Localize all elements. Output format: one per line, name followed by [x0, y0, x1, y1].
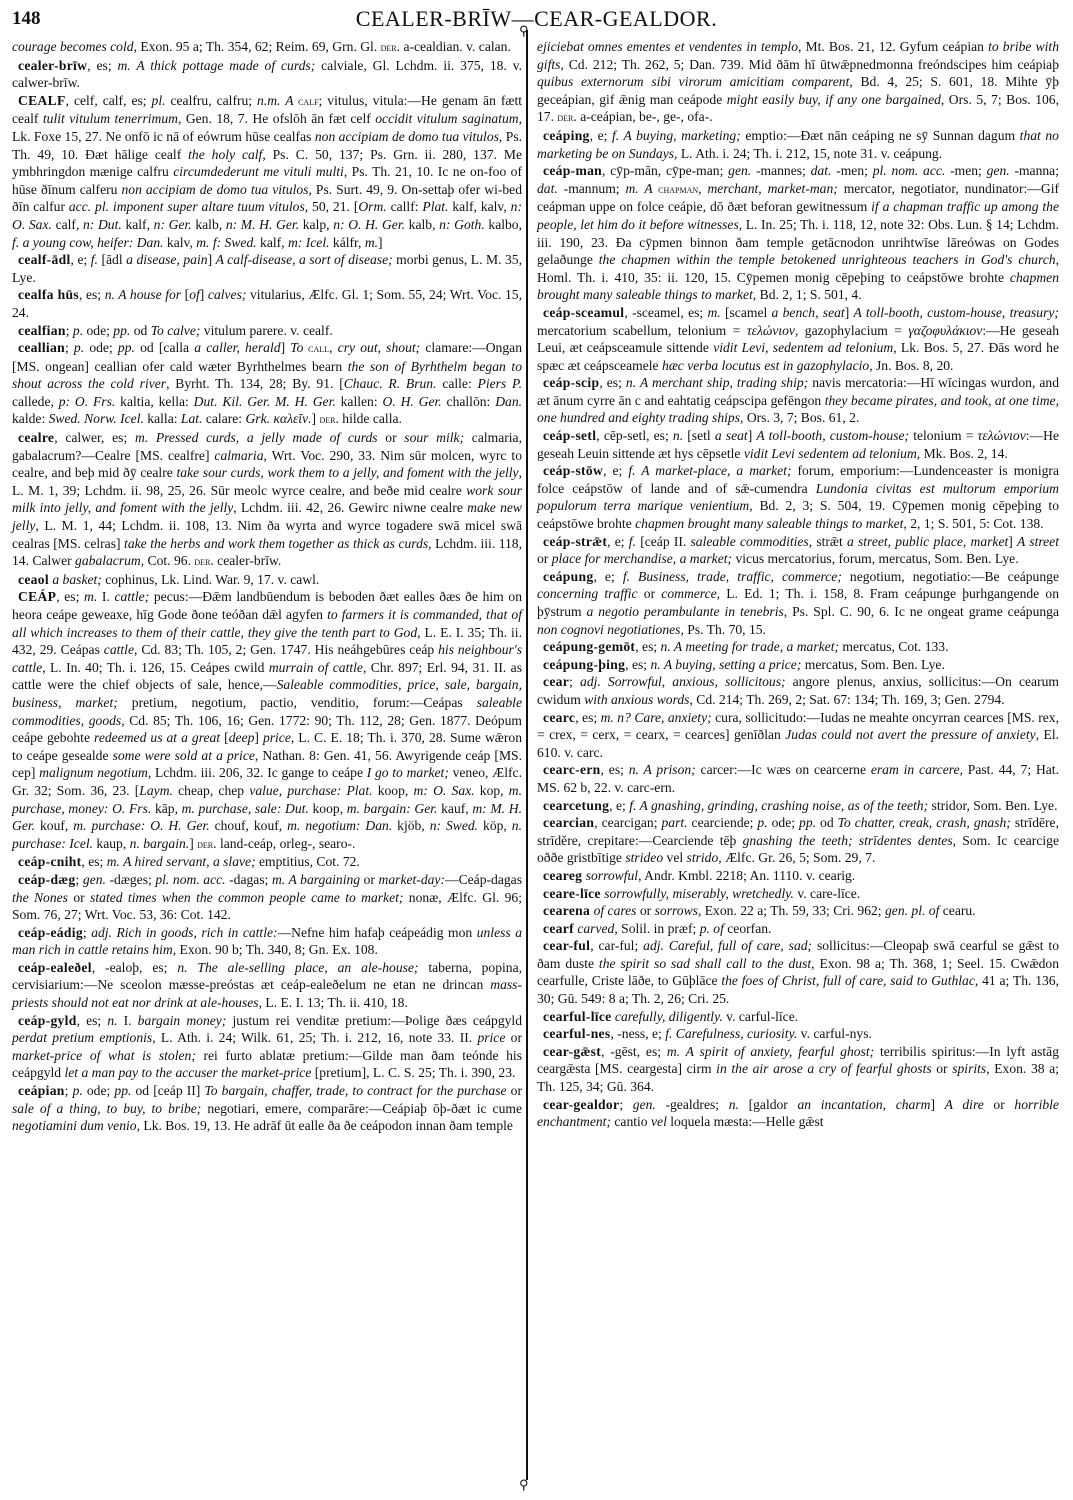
headword: cearc	[543, 710, 575, 725]
italic-text: m. negotium: Dan.	[287, 818, 392, 833]
headword: ceaol	[18, 572, 49, 587]
entry-text: -manna;	[1010, 163, 1059, 178]
entry-text: , 50, 21. [	[305, 199, 359, 214]
italic-text: market-price of what is stolen;	[12, 1048, 196, 1063]
entry-text: kálfr,	[330, 235, 365, 250]
italic-text: vel	[651, 1114, 667, 1129]
italic-text: concerning traffic	[537, 586, 638, 601]
italic-text: vidit Levi, sedentem ad telonium	[713, 340, 893, 355]
entry-text: , Jn. Bos. 8, 20.	[869, 358, 953, 373]
italic-text: ejiciebat omnes ementes et vendentes in …	[537, 39, 798, 54]
entry-text: cearciende;	[688, 815, 758, 830]
italic-text: negotiamini dum venio	[12, 1118, 137, 1133]
headword: ceareg	[543, 868, 582, 883]
italic-text: p: O. Frs.	[59, 394, 116, 409]
entry-text: [	[220, 730, 229, 745]
entry-text: [ādl	[98, 252, 126, 267]
headword: cearful-līce	[543, 1009, 612, 1024]
entry-text: , -gēst, es;	[601, 1044, 667, 1059]
entry-text: kjöb,	[392, 818, 429, 833]
entry-text: pretium, negotium, pactio, venditio, for…	[118, 695, 477, 710]
italic-text: gen.	[728, 163, 751, 178]
italic-text: redeemed us at a great	[94, 730, 220, 745]
entry-text: ]	[254, 730, 263, 745]
italic-text: Piers P.	[478, 376, 522, 391]
entry-text: . a-cealdian. v. calan.	[397, 39, 511, 54]
dictionary-entry: ceáp-gyld, es; n. I. bargain money; just…	[12, 1012, 522, 1082]
italic-text: a street, public place, market	[847, 534, 1008, 549]
entry-text: , es;	[625, 657, 650, 672]
dictionary-entry: ceáp-sceamul, -sceamel, es; m. [scamel a…	[537, 304, 1059, 374]
dictionary-entry: cearcetung, e; f. A gnashing, grinding, …	[537, 797, 1059, 815]
entry-text: , es;	[599, 375, 626, 390]
italic-text: non accipiam de domo tua vitulos	[315, 129, 499, 144]
italic-text: pl.	[152, 93, 166, 108]
italic-text: p.	[73, 1083, 83, 1098]
headword: ceáp-strǣt	[543, 534, 607, 549]
entry-text: , 2, 1; S. 501, 5: Cot. 138.	[903, 516, 1043, 531]
italic-text: cattle;	[115, 589, 150, 604]
italic-text: Laym.	[139, 783, 173, 798]
entry-text: , Cd. 83; Th. 105, 2; Gen. 1747. His neá…	[134, 642, 438, 657]
italic-text: chapmen brought many saleable things to …	[635, 516, 903, 531]
entry-text: mercatorium scabellum, telonium =	[537, 323, 747, 338]
italic-text: adj. Rich in goods, rich in cattle:	[91, 925, 277, 940]
italic-text: m. f: Swed.	[196, 235, 256, 250]
small-caps-text: chapman	[653, 182, 699, 196]
italic-text: stated times when the common people came…	[90, 890, 403, 905]
entry-text: , Cd. 212; Th. 262, 5; Dan. 739. Mid ðām…	[560, 57, 1059, 72]
small-caps-text: der	[197, 837, 213, 851]
page-header: 148 CEALER-BRĪW—CEAR-GEALDOR.	[0, 6, 1073, 36]
headword: ceápung-gemōt	[543, 639, 635, 654]
headword: ceáp-scip	[543, 375, 599, 390]
italic-text: n: Ger.	[154, 217, 192, 232]
italic-text: adj. Careful, full of care, sad;	[643, 938, 812, 953]
headword: ceáp-ealeðel	[18, 960, 92, 975]
entry-text: , es;	[87, 58, 117, 73]
italic-text: m: Icel.	[288, 235, 330, 250]
entry-text: -dæges;	[106, 872, 155, 887]
headword: cealfian	[18, 323, 66, 338]
entry-text: kalp,	[299, 217, 333, 232]
entry-text: -mannum;	[558, 181, 626, 196]
headword: ceáp-sceamul	[543, 305, 624, 320]
italic-text: m.	[365, 235, 378, 250]
entry-text: ]	[1008, 534, 1017, 549]
entry-text: . cealer-brīw.	[210, 553, 281, 568]
entry-text: , Exon. 95 a; Th. 354, 62; Reim. 69, Grn…	[134, 39, 381, 54]
italic-text: sorrowfully, miserably, wretchedly.	[604, 886, 794, 901]
italic-text: of	[189, 287, 200, 302]
entry-text: od [ceáp II]	[131, 1083, 204, 1098]
entry-text: ode;	[768, 815, 799, 830]
dictionary-entry: ceáp-scip, es; n. A merchant ship, tradi…	[537, 374, 1059, 427]
dictionary-entry: cealfian; p. ode; pp. od To calve; vitul…	[12, 322, 522, 340]
headword: cear	[543, 674, 569, 689]
entry-text: kalf, kalv,	[448, 199, 510, 214]
entry-text: calf,	[52, 217, 83, 232]
entry-text: kalb,	[405, 217, 439, 232]
italic-text: carved	[577, 921, 614, 936]
entry-text: v. carful-līce.	[723, 1009, 798, 1024]
italic-text: merchant, market-man;	[707, 181, 837, 196]
entry-text: ]	[208, 252, 216, 267]
entry-text: , Byrht. Th. 134, 28; By. 91. [	[166, 376, 344, 391]
entry-text: ode;	[84, 340, 118, 355]
headword: cearcian	[543, 815, 594, 830]
entry-text: , es;	[77, 1013, 108, 1028]
italic-text: n. A prison;	[629, 762, 696, 777]
italic-text: p.	[757, 815, 767, 830]
italic-text: n: Swed.	[430, 818, 478, 833]
entry-text: kalbo,	[485, 217, 522, 232]
headword: CEÁP	[18, 589, 56, 604]
entry-text: stridor, Som. Ben. Lye.	[928, 798, 1057, 813]
italic-text: To chatter, creak, crash, gnash;	[838, 815, 1011, 830]
entry-text: cantio	[611, 1114, 651, 1129]
entry-text: or	[378, 430, 405, 445]
italic-text: vidit Levi sedentem ad telonium	[744, 446, 917, 461]
italic-text: m. A bargaining	[272, 872, 360, 887]
entry-text: kalla:	[144, 411, 181, 426]
entry-text: od [calla	[135, 340, 194, 355]
italic-text: τελώνιον	[978, 428, 1026, 443]
italic-text: f. Business, trade, traffic, commerce;	[623, 569, 842, 584]
entry-text: or	[507, 1083, 522, 1098]
entry-text: callede,	[12, 394, 59, 409]
italic-text: gen.	[83, 872, 106, 887]
entry-text: or	[636, 903, 654, 918]
italic-text: price	[477, 1030, 505, 1045]
italic-text: place for merchandise, a market;	[552, 551, 732, 566]
dictionary-entry: ceáping, e; f. A buying, marketing; empt…	[537, 127, 1059, 162]
italic-text: eram in carcere	[871, 762, 960, 777]
entry-text: , L. In. 40; Th. i. 126, 15. Ceápes cwil…	[42, 660, 269, 675]
italic-text: the foes of Christ, full of care, said t…	[721, 973, 975, 988]
italic-text: n: M. H. Ger.	[226, 217, 299, 232]
italic-text: O. H. Ger.	[383, 394, 442, 409]
italic-text: calves;	[208, 287, 247, 302]
headword: CEALF	[18, 93, 66, 108]
italic-text: pl. nom. acc.	[873, 163, 946, 178]
entry-text: or	[932, 1061, 953, 1076]
entry-text: kalf,	[257, 235, 288, 250]
headword: cearena	[543, 903, 590, 918]
italic-text: n. A buying, setting a price;	[650, 657, 801, 672]
italic-text: A dire	[945, 1097, 984, 1112]
italic-text: f.	[91, 252, 98, 267]
italic-text: saleable commodities,	[691, 534, 813, 549]
entry-text: ]	[281, 340, 291, 355]
entry-text: koop,	[309, 801, 347, 816]
italic-text: strideo	[625, 850, 663, 865]
dictionary-entry: ceáp-strǣt, e; f. [ceáp II. saleable com…	[537, 533, 1059, 568]
italic-text: n.	[673, 428, 683, 443]
italic-text: quibus externorum sibi virorum amicitiam…	[537, 74, 849, 89]
dictionary-entry: CEÁP, es; m. I. cattle; pecus:—Ðǣm landb…	[12, 588, 522, 853]
entry-text: or	[537, 551, 552, 566]
headword: ceáp-dæg	[18, 872, 76, 887]
entry-text: , es;	[575, 710, 600, 725]
entry-text: , es;	[81, 854, 106, 869]
headword: cearc-ern	[543, 762, 601, 777]
entry-text: kalb,	[192, 217, 226, 232]
entry-text: calare:	[202, 411, 245, 426]
italic-text: m. A spirit of anxiety, fearful ghost;	[667, 1044, 874, 1059]
entry-continuation: courage becomes cold, Exon. 95 a; Th. 35…	[12, 38, 522, 57]
entry-text: [galdor	[739, 1097, 798, 1112]
italic-text: n. A house for	[105, 287, 181, 302]
dictionary-entry: cealer-brīw, es; m. A thick pottage made…	[12, 57, 522, 92]
italic-text: value, purchase: Plat.	[249, 783, 372, 798]
entry-text: strǣt	[812, 534, 847, 549]
dictionary-entry: ceáp-stōw, e; f. A market-place, a marke…	[537, 462, 1059, 532]
entry-text: vicus mercatorius, forum, mercatus, Som.…	[732, 551, 1019, 566]
italic-text: m. A hired servant, a slave;	[107, 854, 256, 869]
entry-text: mercatus, Cot. 133.	[839, 639, 949, 654]
entry-text: ]	[200, 287, 208, 302]
entry-text: [setl	[683, 428, 715, 443]
italic-text: m. bargain: Ger.	[347, 801, 438, 816]
entry-text: , L. E. I. 13; Th. ii. 410, 18.	[259, 995, 408, 1010]
entry-text: , e;	[607, 534, 629, 549]
left-column: courage becomes cold, Exon. 95 a; Th. 35…	[12, 38, 522, 1135]
small-caps-text: call	[303, 341, 329, 355]
entry-text: , Andr. Kmbl. 2218; An. 1110. v. cearig.	[638, 868, 855, 883]
italic-text: let a man pay to the accuser the market-…	[64, 1065, 311, 1080]
entry-text: cophinus, Lk. Lind. War. 9, 17. v. cawl.	[102, 572, 320, 587]
dictionary-entry: cearc, es; m. n? Care, anxiety; cura, so…	[537, 709, 1059, 762]
entry-text: , L. Ath. i. 24; Wilk. 61, 25; Th. i. 21…	[152, 1030, 477, 1045]
entry-text: , cēp-setl, es;	[596, 428, 673, 443]
italic-text: some were sold at a price	[113, 748, 255, 763]
italic-text: A street	[1017, 534, 1059, 549]
entry-text: kalv,	[164, 235, 197, 250]
headword: cear-gǣst	[543, 1044, 601, 1059]
italic-text: sorrowful	[586, 868, 638, 883]
headword: ceáp-man	[543, 163, 602, 178]
entry-text: , es;	[56, 589, 84, 604]
entry-text: or	[505, 1030, 522, 1045]
italic-text: a disease, pain	[126, 252, 207, 267]
entry-text: , gazophylacium =	[795, 323, 908, 338]
headword: ceápian	[18, 1083, 65, 1098]
italic-text: with anxious words	[584, 692, 689, 707]
dictionary-entry: cealf-ādl, e; f. [ādl a disease, pain] A…	[12, 251, 522, 286]
headword: cealre	[18, 430, 54, 445]
dictionary-entry: ceare-līce sorrowfully, miserably, wretc…	[537, 885, 1059, 903]
italic-text: price	[263, 730, 291, 745]
entry-continuation: ejiciebat omnes ementes et vendentes in …	[537, 38, 1059, 127]
entry-text: od	[130, 323, 150, 338]
italic-text: A toll-booth, custom-house, treasury;	[854, 305, 1059, 320]
italic-text: n: Dut.	[83, 217, 122, 232]
italic-text: non cognovi negotiationes	[537, 622, 680, 637]
italic-text: sale of a thing, to buy, to bribe;	[12, 1101, 201, 1116]
italic-text: a basket;	[52, 572, 101, 587]
headword: cearcetung	[543, 798, 609, 813]
entry-text: köp,	[478, 818, 512, 833]
italic-text: take sour curds, work them to a jelly, a…	[176, 465, 518, 480]
headword: ceare-līce	[543, 886, 601, 901]
italic-text: Judas could not avert the pressure of an…	[785, 727, 1035, 742]
italic-text: dat.	[537, 181, 558, 196]
italic-text: gabalacrum	[75, 553, 141, 568]
entry-text: ode;	[83, 1083, 115, 1098]
entry-text: , e;	[609, 798, 629, 813]
italic-text: pl. nom. acc.	[155, 872, 225, 887]
entry-text: I.	[118, 1013, 138, 1028]
entry-text: cealfru, calfru;	[166, 93, 258, 108]
headword: ceallian	[18, 340, 65, 355]
entry-text: , -sceamel, es;	[624, 305, 707, 320]
entry-text: kaltia, kella:	[115, 394, 193, 409]
italic-text: the chapmen within the temple betokened …	[599, 252, 1056, 267]
italic-text: p. of	[700, 921, 724, 936]
entry-text: [ceáp II.	[636, 534, 691, 549]
entry-text: kāp,	[151, 801, 181, 816]
italic-text: perdat pretium emptionis	[12, 1030, 152, 1045]
dictionary-entry: cear; adj. Sorrowful, anxious, sollicito…	[537, 673, 1059, 708]
italic-text: n. A merchant ship, trading ship;	[626, 375, 808, 390]
italic-text: a caller, herald	[194, 340, 280, 355]
entry-text: or	[68, 890, 90, 905]
italic-text: m. purchase: O. H. Ger.	[73, 818, 209, 833]
italic-text: pp.	[799, 815, 816, 830]
entry-text: ;	[66, 323, 73, 338]
italic-text: bargain money;	[138, 1013, 227, 1028]
italic-text: gen. pl. of	[885, 903, 939, 918]
dictionary-entry: ceáp-cniht, es; m. A hired servant, a sl…	[12, 853, 522, 871]
italic-text: sorrows	[655, 903, 698, 918]
italic-text: gen.	[633, 1097, 656, 1112]
dictionary-entry: ceareg sorrowful, Andr. Kmbl. 2218; An. …	[537, 867, 1059, 885]
dictionary-entry: cearcian, cearcigan; part. cearciende; p…	[537, 814, 1059, 867]
italic-text: n: Goth.	[439, 217, 485, 232]
italic-text: f. a young cow, heifer: Dan.	[12, 235, 164, 250]
entry-text: , cȳp-mān, cȳpe-man;	[602, 163, 728, 178]
italic-text: p.	[73, 323, 83, 338]
entry-text: , Cot. 96.	[141, 553, 195, 568]
entry-text: chouf, kouf,	[210, 818, 288, 833]
entry-text: ]	[378, 235, 383, 250]
italic-text: the Nones	[12, 890, 68, 905]
italic-text: calmaria	[214, 448, 263, 463]
column-divider	[526, 30, 528, 1480]
entry-text: ceorfan.	[724, 921, 772, 936]
italic-text: A calf-disease, a sort of disease;	[216, 252, 393, 267]
entry-text: -men;	[945, 163, 986, 178]
entry-text: v. carful-nys.	[797, 1026, 872, 1041]
entry-text: [	[181, 287, 189, 302]
entry-text: ;	[76, 872, 83, 887]
entry-text: calle:	[437, 376, 478, 391]
italic-text: of cares	[594, 903, 637, 918]
dictionary-entry: cearena of cares or sorrows, Exon. 22 a;…	[537, 902, 1059, 920]
italic-text: f. Carefulness, curiosity.	[665, 1026, 797, 1041]
headword: cear-gealdor	[543, 1097, 619, 1112]
entry-text: . a-ceápian, be-, ge-, ofa-.	[573, 109, 712, 124]
italic-text: I go to market;	[367, 765, 449, 780]
headword: ceáp-cniht	[18, 854, 81, 869]
headword: cealf-ādl	[18, 252, 71, 267]
small-caps-text: der	[194, 554, 210, 568]
entry-text: , celf, calf, es;	[66, 93, 152, 108]
entry-text: —Nefne him hafaþ ceápeádig mon	[278, 925, 477, 940]
italic-text: pp.	[113, 323, 130, 338]
italic-text: deep	[229, 730, 255, 745]
italic-text: f. A gnashing, grinding, crashing noise,…	[629, 798, 928, 813]
entry-text: . land-ceáp, orleg-, searo-.	[213, 836, 355, 851]
italic-text: spirits	[952, 1061, 986, 1076]
italic-text: To calve;	[151, 323, 201, 338]
italic-text: the holy calf	[188, 147, 262, 162]
entry-text: , Gen. 18, 7. He ofslōh ān fæt celf	[178, 111, 375, 126]
headword: ceáp-stōw	[543, 463, 603, 478]
entry-text: kouf,	[35, 818, 73, 833]
entry-text: —Ceáp-dagas	[445, 872, 522, 887]
entry-text: , Exon. 90 b; Th. 340, 8; Gn. Ex. 108.	[173, 942, 378, 957]
entry-text: , Solil. in præf;	[614, 921, 699, 936]
italic-text: occidit vitulum saginatum	[375, 111, 518, 126]
headword: ceáp-gyld	[18, 1013, 77, 1028]
italic-text: the spirit so sad shall call to the dust	[599, 956, 811, 971]
entry-text: kop,	[475, 783, 509, 798]
entry-text: I.	[97, 589, 114, 604]
entry-text: ;	[65, 340, 74, 355]
italic-text: Dan.	[495, 394, 522, 409]
italic-text: m. purchase, sale: Dut.	[182, 801, 309, 816]
italic-text: m. Pressed curds, a jelly made of curds	[135, 430, 378, 445]
headword: ceáp-eádig	[18, 925, 83, 940]
headword: cear-ful	[543, 938, 590, 953]
entry-text: ;	[569, 674, 580, 689]
right-column: ejiciebat omnes ementes et vendentes in …	[537, 38, 1059, 1131]
italic-text: hæc verba locutus est in gazophylacio	[662, 358, 869, 373]
italic-text: gen.	[987, 163, 1010, 178]
italic-text: To	[290, 340, 303, 355]
entry-text: [scamel	[721, 305, 772, 320]
small-caps-text: der	[557, 110, 573, 124]
italic-text: might easily buy, if any one bargained	[727, 92, 941, 107]
entry-text: , L. Ath. i. 24; Th. i. 212, 15, note 31…	[674, 146, 942, 161]
entry-text: ;	[83, 925, 91, 940]
italic-text: Plat.	[422, 199, 448, 214]
entry-text: justum rei venditæ pretium:—Þolige ðæs c…	[226, 1013, 522, 1028]
dictionary-entry: ceápung, e; f. Business, trade, traffic,…	[537, 568, 1059, 638]
entry-text: kalf,	[122, 217, 154, 232]
entry-text: ;	[619, 1097, 632, 1112]
entry-text: ode;	[83, 323, 113, 338]
headword: ceáp-setl	[543, 428, 596, 443]
italic-text: f. A buying, marketing;	[612, 128, 741, 143]
italic-text: commerce	[661, 586, 716, 601]
italic-text: circumdederunt me vituli multi	[173, 164, 344, 179]
entry-text: , e;	[593, 569, 622, 584]
italic-text: murrain of cattle	[269, 660, 363, 675]
italic-text: Grk. καλεῖν.	[245, 411, 311, 426]
entry-text: ]	[930, 1097, 944, 1112]
italic-text: non accipiam de domo tua vitulos	[121, 182, 308, 197]
italic-text: gnashing the teeth; strīdentes dentes	[743, 833, 953, 848]
italic-text: To bargain, chaffer, trade, to contract …	[204, 1083, 506, 1098]
entry-text: , Lk. Bos. 19, 13. He adrāf ūt ealle ða …	[137, 1118, 513, 1133]
headword: cealfa hūs	[18, 287, 79, 302]
italic-text: take the herbs and work them together as…	[124, 536, 428, 551]
dictionary-entry: ceáp-eádig; adj. Rich in goods, rich in …	[12, 924, 522, 959]
italic-text: f. A market-place, a market;	[628, 463, 791, 478]
